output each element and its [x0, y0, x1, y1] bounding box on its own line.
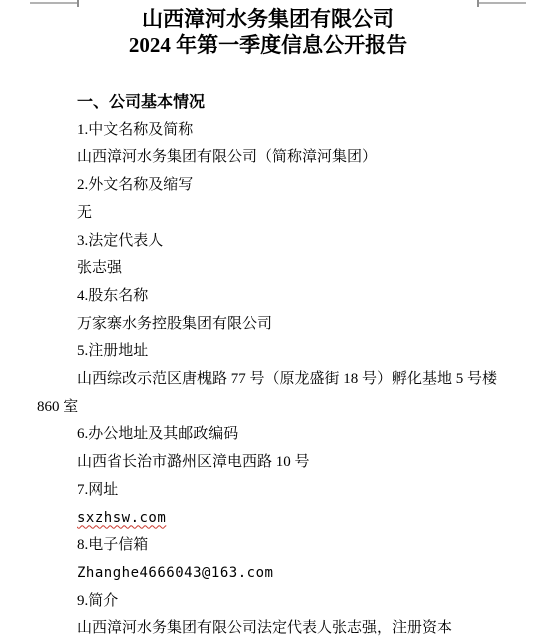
- margin-mark-line: [478, 2, 526, 4]
- item-9-label: 9.简介: [37, 588, 506, 616]
- item-9-value-company-intro: 山西漳河水务集团有限公司法定代表人张志强，注册资本: [37, 615, 506, 643]
- item-3-value-legal-representative: 张志强: [37, 255, 506, 283]
- section-heading: 一、公司基本情况: [37, 89, 506, 117]
- item-8-label: 8.电子信箱: [37, 532, 506, 560]
- item-8-value-email-address: Zhanghe4666043@163.com: [37, 560, 506, 588]
- item-2-value-foreign-name: 无: [37, 200, 506, 228]
- top-right-margin-mark: [477, 0, 527, 8]
- margin-mark-tick: [77, 0, 79, 7]
- document-title: 山西漳河水务集团有限公司 2024 年第一季度信息公开报告: [0, 6, 536, 58]
- item-5-value-registered-address: 山西综改示范区唐槐路 77 号（原龙盛街 18 号）孵化基地 5 号楼 860 …: [37, 366, 506, 421]
- document-title-line2: 2024 年第一季度信息公开报告: [0, 32, 536, 58]
- margin-mark-tick: [477, 0, 479, 7]
- item-7-label: 7.网址: [37, 477, 506, 505]
- document-title-line1: 山西漳河水务集团有限公司: [0, 6, 536, 32]
- margin-mark-line: [30, 2, 78, 4]
- item-6-value-office-address: 山西省长治市潞州区漳电西路 10 号: [37, 449, 506, 477]
- item-6-label: 6.办公地址及其邮政编码: [37, 421, 506, 449]
- item-7-value-website-url: sxzhsw.com: [37, 505, 506, 533]
- item-2-label: 2.外文名称及缩写: [37, 172, 506, 200]
- item-1-label: 1.中文名称及简称: [37, 117, 506, 145]
- item-1-value-company-name: 山西漳河水务集团有限公司（简称漳河集团）: [37, 144, 506, 172]
- item-4-label: 4.股东名称: [37, 283, 506, 311]
- document-body: 一、公司基本情况 1.中文名称及简称 山西漳河水务集团有限公司（简称漳河集团） …: [37, 89, 506, 643]
- item-5-label: 5.注册地址: [37, 338, 506, 366]
- item-3-label: 3.法定代表人: [37, 228, 506, 256]
- item-4-value-shareholder: 万家寨水务控股集团有限公司: [37, 311, 506, 339]
- top-left-margin-mark: [30, 0, 80, 8]
- document-page: 山西漳河水务集团有限公司 2024 年第一季度信息公开报告 一、公司基本情况 1…: [0, 0, 536, 643]
